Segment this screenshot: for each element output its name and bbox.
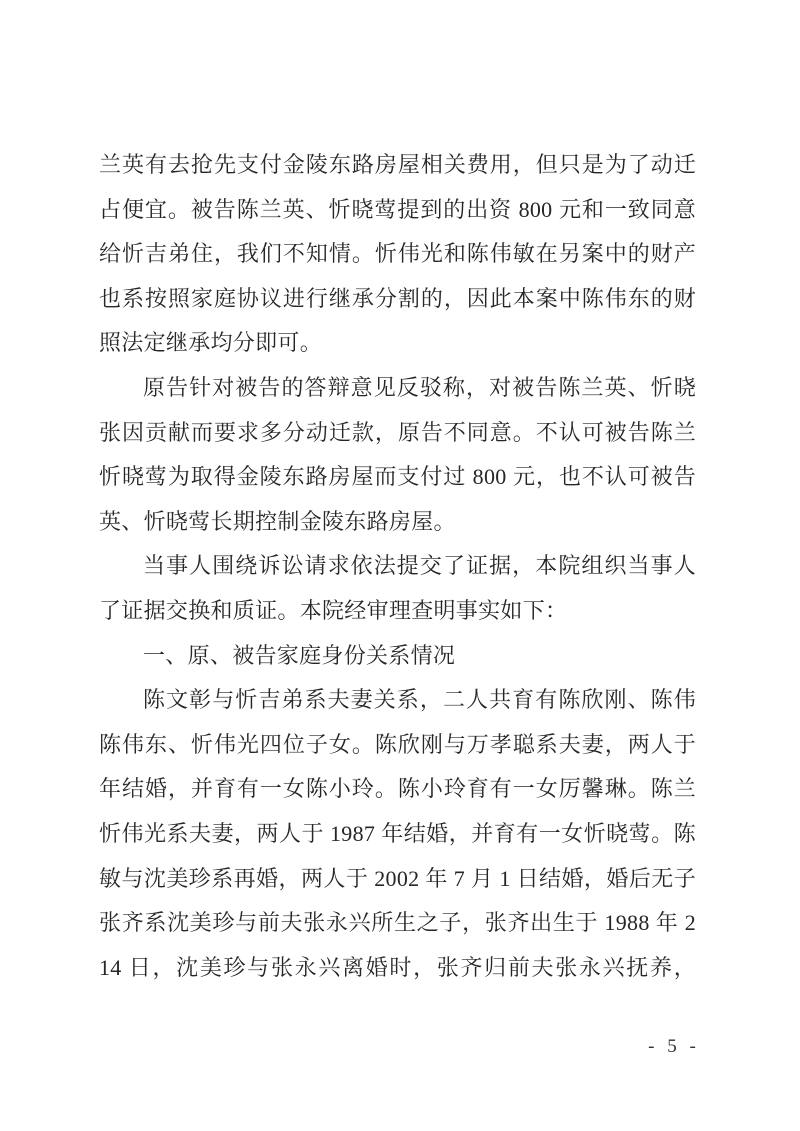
court-document-page: 兰英有去抢先支付金陵东路房屋相关费用，但只是为了动迁时多占便宜。被告陈兰英、忻晓…	[0, 0, 800, 1131]
text-line: 也系按照家庭协议进行继承分割的，因此本案中陈伟东的财产按	[99, 277, 696, 322]
text-line: 年结婚，并育有一女陈小玲。陈小玲育有一女厉馨琳。陈兰英与	[99, 767, 696, 812]
text-line: 陈伟东、忻伟光四位子女。陈欣刚与万孝聪系夫妻，两人于 1983	[99, 723, 696, 768]
text-line: 了证据交换和质证。本院经审理查明事实如下：	[99, 589, 696, 634]
document-body: 兰英有去抢先支付金陵东路房屋相关费用，但只是为了动迁时多占便宜。被告陈兰英、忻晓…	[99, 143, 696, 990]
text-line: 英、忻晓莺长期控制金陵东路房屋。	[99, 500, 696, 545]
page-number: - 5 -	[634, 1036, 714, 1058]
text-line: 14 日，沈美珍与张永兴离婚时，张齐归前夫张永兴抚养，2005	[99, 946, 696, 991]
text-line: 张因贡献而要求多分动迁款，原告不同意。不认可被告陈兰英、	[99, 411, 696, 456]
text-line: 兰英有去抢先支付金陵东路房屋相关费用，但只是为了动迁时多	[99, 143, 696, 188]
section-heading: 一、原、被告家庭身份关系情况	[99, 634, 696, 679]
text-line: 给忻吉弟住，我们不知情。忻伟光和陈伟敏在另案中的财产份额	[99, 232, 696, 277]
text-line: 原告针对被告的答辩意见反驳称，对被告陈兰英、忻晓莺主	[99, 366, 696, 411]
text-line: 忻晓莺为取得金陵东路房屋而支付过 800 元，也不认可被告陈兰	[99, 455, 696, 500]
text-line: 占便宜。被告陈兰英、忻晓莺提到的出资 800 元和一致同意房屋	[99, 188, 696, 233]
text-line: 忻伟光系夫妻，两人于 1987 年结婚，并育有一女忻晓莺。陈伟	[99, 812, 696, 857]
text-line: 张齐系沈美珍与前夫张永兴所生之子，张齐出生于 1988 年 2 月	[99, 901, 696, 946]
text-line: 照法定继承均分即可。	[99, 321, 696, 366]
text-line: 敏与沈美珍系再婚，两人于 2002 年 7 月 1 日结婚，婚后无子女。	[99, 857, 696, 902]
text-line: 当事人围绕诉讼请求依法提交了证据，本院组织当事人进行	[99, 544, 696, 589]
text-line: 陈文彰与忻吉弟系夫妻关系，二人共育有陈欣刚、陈伟敏、	[99, 678, 696, 723]
